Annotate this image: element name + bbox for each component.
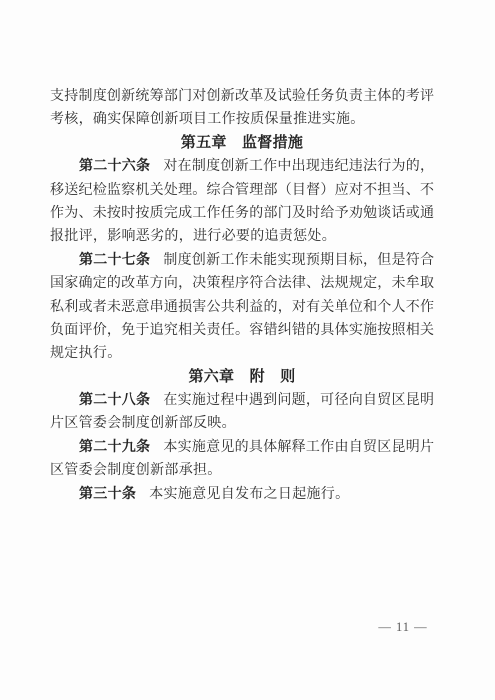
document-text-block: 支持制度创新统筹部门对创新改革及试验任务负责主体的考评考核，确实保障创新项目工作… [50,85,434,506]
text-line: 作为、未按时按质完成工作任务的部门及时给予劝勉谈话或通 [50,202,434,225]
chapter-heading: 第五章 监督措施 [50,132,434,155]
text-line: 区管委会制度创新部承担。 [50,459,434,482]
text-line: 第三十条本实施意见自发布之日起施行。 [50,483,434,506]
text-line: 负面评价，免于追究相关责任。容错纠错的具体实施按照相关 [50,319,434,342]
text-line: 私利或者未恶意串通损害公共利益的，对有关单位和个人不作 [50,296,434,319]
text-line: 第二十七条制度创新工作未能实现预期目标，但是符合 [50,249,434,272]
text-line: 第二十六条对在制度创新工作中出现违纪违法行为的， [50,155,434,178]
text-line: 支持制度创新统筹部门对创新改革及试验任务负责主体的考评 [50,85,434,108]
page-number: — 11 — [365,620,441,635]
text-line: 规定执行。 [50,342,434,365]
article-number: 第三十条 [79,487,136,502]
document-page: 支持制度创新统筹部门对创新改革及试验任务负责主体的考评考核，确实保障创新项目工作… [0,0,495,700]
article-number: 第二十八条 [79,393,150,408]
text-line: 报批评，影响恶劣的，进行必要的追责惩处。 [50,225,434,248]
article-number: 第二十六条 [79,159,150,174]
text-line: 第二十八条在实施过程中遇到问题，可径向自贸区昆明 [50,389,434,412]
article-number: 第二十七条 [79,253,150,268]
chapter-heading: 第六章 附 则 [50,366,434,389]
text-line: 国家确定的改革方向，决策程序符合法律、法规规定，未牟取 [50,272,434,295]
text-line: 第二十九条本实施意见的具体解释工作由自贸区昆明片 [50,436,434,459]
article-number: 第二十九条 [79,440,150,455]
text-line: 移送纪检监察机关处理。综合管理部（目督）应对不担当、不 [50,179,434,202]
text-line: 考核，确实保障创新项目工作按质保量推进实施。 [50,108,434,131]
text-line: 片区管委会制度创新部反映。 [50,412,434,435]
